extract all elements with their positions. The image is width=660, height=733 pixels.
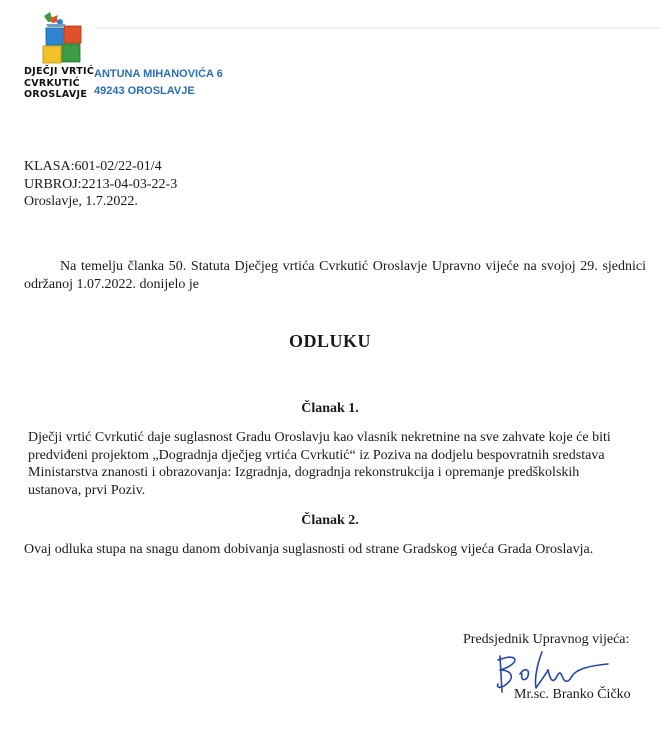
logo-line: OROSLAVJE — [24, 89, 94, 101]
logo-line: DJEČJI VRTIĆ — [24, 66, 94, 78]
logo-wordmark: DJEČJI VRTIĆ CVRKUTIĆ OROSLAVJE — [24, 66, 94, 101]
letterhead-address: ANTUNA MIHANOVIĆA 6 49243 OROSLAVJE — [94, 66, 223, 100]
intro-paragraph: Na temelju članka 50. Statuta Dječjeg vr… — [24, 258, 646, 293]
article-line: predviđeni projektom „Dogradnja dječjeg … — [28, 447, 640, 465]
place-date: Oroslavje, 1.7.2022. — [24, 193, 177, 211]
article-line: Ministarstva znanosti i obrazovanja: Izg… — [28, 464, 640, 482]
toy-blocks-with-bird-icon — [38, 10, 88, 66]
article-1-heading: Članak 1. — [0, 401, 660, 417]
article-line: ustanova, prvi Poziv. — [28, 482, 640, 500]
header-divider — [95, 27, 660, 29]
intro-text: Na temelju članka 50. Statuta Dječjeg vr… — [24, 259, 646, 292]
klasa-number: KLASA:601-02/22-01/4 — [24, 158, 177, 176]
address-street: ANTUNA MIHANOVIĆA 6 — [94, 66, 223, 83]
article-line: Dječji vrtić Cvrkutić daje suglasnost Gr… — [28, 429, 640, 447]
kindergarten-logo: DJEČJI VRTIĆ CVRKUTIĆ OROSLAVJE — [24, 10, 92, 105]
document-reference: KLASA:601-02/22-01/4 URBROJ:2213-04-03-2… — [24, 158, 177, 211]
signatory-role: Predsjednik Upravnog vijeća: — [463, 632, 629, 648]
article-2-heading: Članak 2. — [0, 513, 660, 529]
article-line: Ovaj odluka stupa na snagu danom dobivan… — [24, 542, 593, 557]
address-city: 49243 OROSLAVJE — [94, 83, 223, 100]
logo-line: CVRKUTIĆ — [24, 78, 94, 90]
document-title: ODLUKU — [0, 331, 660, 352]
signatory-name: Mr.sc. Branko Čičko — [514, 687, 631, 703]
article-2-body: Ovaj odluka stupa na snagu danom dobivan… — [24, 541, 636, 559]
urbroj-number: URBROJ:2213-04-03-22-3 — [24, 176, 177, 194]
article-1-body: Dječji vrtić Cvrkutić daje suglasnost Gr… — [24, 429, 640, 499]
